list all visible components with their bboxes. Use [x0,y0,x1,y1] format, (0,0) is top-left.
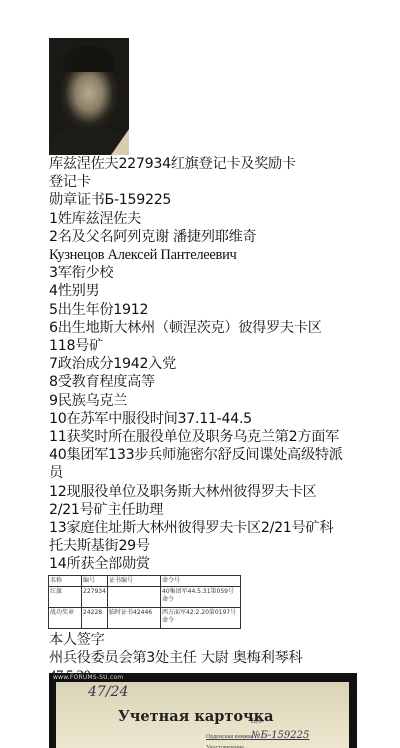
table-cell: 227934 [82,586,108,607]
field-birthplace-cont: 118号矿 [49,337,379,355]
photo-torn-corner [111,129,129,155]
field-unit-at-award-cont: 40集团军133步兵师施密尔舒反间谍处高级特派 [49,446,379,464]
order-certificate-number: 勋章证书Б-159225 [49,191,379,209]
portrait-photo [49,38,129,155]
table-cell: 西方面军42.2.20第0197号命令 [161,607,241,628]
field-education: 8受教育程度高等 [49,373,379,391]
order-book-label: Орденская книжка [206,734,254,740]
field-surname: 1姓库兹涅佐夫 [49,210,379,228]
table-cell [108,586,161,607]
field-current-position: 12现服役单位及职务斯大林州彼得罗夫卡区 [49,483,379,501]
table-header-cell: 名称 [49,575,82,586]
field-unit-at-award: 11获奖时所在服役单位及职务乌克兰第2方面军 [49,428,379,446]
table-cell: 战功奖章 [49,607,82,628]
table-header-cell: 命令号 [161,575,241,586]
signature-label: 本人签字 [49,631,379,649]
table-cell: 红旗 [49,586,82,607]
handwritten-number: 47/24 [88,684,128,700]
card-small-mark: Н/о- [251,718,264,725]
document-title: 库兹涅佐夫227934红旗登记卡及奖励卡 [49,155,379,173]
russian-full-name: Кузнецов Алексей Пантелеевич [49,246,379,264]
field-rank: 3军衔少校 [49,264,379,282]
field-service-period: 10在苏军中服役时间37.11-44.5 [49,410,379,428]
field-all-awards: 14所获全部勋赏 [49,555,379,573]
field-name-patronymic: 2名及父名阿列克谢 潘捷列耶维奇 [49,228,379,246]
watermark-text: www.FORUMS-SU.com [53,674,123,681]
field-nationality: 9民族乌克兰 [49,392,379,410]
signing-officer: 州兵役委员会第3处主任 大尉 奥梅利琴科 [49,649,379,667]
field-birth-year: 5出生年份1912 [49,301,379,319]
registration-card-scan: www.FORUMS-SU.com 47/24 Учетная карточка… [49,673,357,748]
document-page: 库兹涅佐夫227934红旗登记卡及奖励卡 登记卡 勋章证书Б-159225 1姓… [49,38,379,685]
table-header-row: 名称 编号 证书编号 命令号 [49,575,241,586]
field-current-position-cont: 2/21号矿主任助理 [49,501,379,519]
order-book-number: №Б-159225 [251,730,309,741]
field-birthplace: 6出生地斯大林州（顿涅茨克）彼得罗夫卡区 [49,319,379,337]
field-sex: 4性别男 [49,282,379,300]
table-cell: 40集团军44.5.31第059号命令 [161,586,241,607]
table-row: 战功奖章 24228 临时证书42446 西方面军42.2.20第0197号命令 [49,607,241,628]
section-heading-registration-card: 登记卡 [49,173,379,191]
field-party: 7政治成分1942入党 [49,355,379,373]
table-cell: 24228 [82,607,108,628]
table-header-cell: 编号 [82,575,108,586]
awards-table: 名称 编号 证书编号 命令号 红旗 227934 40集团军44.5.31第05… [48,575,241,629]
photo-hair [63,46,115,72]
field-unit-at-award-cont2: 员 [49,464,379,482]
field-home-address: 13家庭住址斯大林州彼得罗夫卡区2/21号矿科 [49,519,379,537]
table-row: 红旗 227934 40集团军44.5.31第059号命令 [49,586,241,607]
table-header-cell: 证书编号 [108,575,161,586]
field-home-address-cont: 托夫斯基街29号 [49,537,379,555]
card-paper: 47/24 Учетная карточка Н/о- Орденская кн… [56,682,349,748]
table-cell: 临时证书42446 [108,607,161,628]
